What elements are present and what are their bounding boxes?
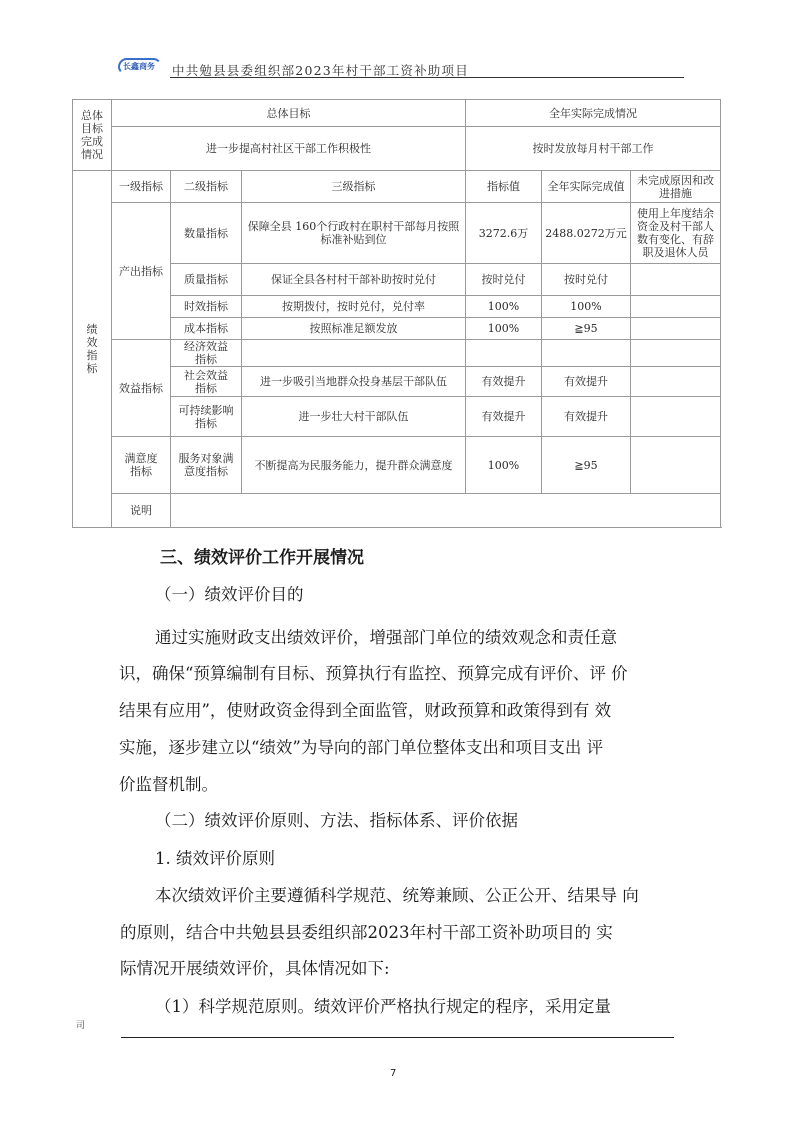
level1-benefit: 效益指标	[112, 340, 171, 437]
overall-goal-header: 总体目标	[112, 100, 466, 127]
paragraph-line: 结果有应用”，使财政资金得到全面监管，财政预算和政策得到有 效	[119, 697, 679, 721]
page-header: 长鑫商务 中共勉县县委组织部2023年村干部工资补助项目	[118, 56, 684, 80]
actual-cell: 有效提升	[542, 397, 631, 437]
notes-value	[171, 494, 721, 528]
col-header-level2: 二级指标	[171, 171, 242, 203]
paragraph-line: 识，确保“预算编制有目标、预算执行有监控、预算完成有评价、评 价	[119, 660, 679, 684]
paragraph-line: 本次绩效评价主要遵循科学规范、统筹兼顾、公正公开、结果导 向	[155, 882, 715, 906]
logo-text: 长鑫商务	[123, 61, 155, 72]
paragraph-line: 通过实施财政支出绩效评价，增强部门单位的绩效观念和责任意	[155, 624, 715, 648]
target-cell: 100%	[466, 318, 542, 340]
indicators-row-label: 绩效指标	[73, 171, 112, 528]
target-cell: 按时兑付	[466, 264, 542, 296]
overall-row-label: 总体目标完成情况	[73, 100, 112, 171]
side-note: 司	[76, 1018, 85, 1031]
level3-cell: 按照标准足额发放	[242, 318, 466, 340]
actual-cell: 有效提升	[542, 367, 631, 397]
page-number: 7	[390, 1068, 396, 1079]
table-row: 社会效益指标 进一步吸引当地群众投身基层干部队伍 有效提升 有效提升	[73, 367, 721, 397]
table-row: 效益指标 经济效益指标	[73, 340, 721, 367]
reason-cell	[631, 296, 721, 318]
actual-cell	[542, 340, 631, 367]
notes-label: 说明	[112, 494, 171, 528]
target-cell: 100%	[466, 296, 542, 318]
subsection-heading-1: （一）绩效评价目的	[155, 581, 715, 605]
target-cell: 100%	[466, 437, 542, 494]
target-cell: 3272.6万	[466, 203, 542, 264]
level3-cell: 进一步吸引当地群众投身基层干部队伍	[242, 367, 466, 397]
performance-table: 总体目标完成情况 总体目标 全年实际完成情况 进一步提高村社区干部工作积极性 按…	[72, 99, 721, 528]
actual-cell: ≧95	[542, 318, 631, 340]
level2-cell: 社会效益指标	[171, 367, 242, 397]
table-row: 产出指标 数量指标 保障全县 160个行政村在职村干部每月按照标准补贴到位 32…	[73, 203, 721, 264]
notes-row: 说明	[73, 494, 721, 528]
level2-cell: 经济效益指标	[171, 340, 242, 367]
reason-cell	[631, 397, 721, 437]
actual-cell: 100%	[542, 296, 631, 318]
table-row: 时效指标 按期拨付，按时兑付，兑付率 100% 100%	[73, 296, 721, 318]
paragraph-line: （1）科学规范原则。绩效评价严格执行规定的程序，采用定量	[155, 993, 715, 1017]
target-cell	[466, 340, 542, 367]
level3-cell: 进一步壮大村干部队伍	[242, 397, 466, 437]
paragraph-line: 际情况开展绩效评价，具体情况如下:	[120, 955, 680, 979]
level2-cell: 服务对象满意度指标	[171, 437, 242, 494]
overall-value-row: 进一步提高村社区干部工作积极性 按时发放每月村干部工作	[73, 127, 721, 171]
col-header-actual: 全年实际完成值	[542, 171, 631, 203]
paragraph-line: 的原则，结合中共勉县县委组织部2023年村干部工资补助项目的 实	[120, 919, 680, 943]
level1-output: 产出指标	[112, 203, 171, 340]
paragraph-line: 实施，逐步建立以“绩效”为导向的部门单位整体支出和项目支出 评	[119, 734, 679, 758]
subsection-heading-2: （二）绩效评价原则、方法、指标体系、评价依据	[155, 807, 715, 831]
col-header-level1: 一级指标	[112, 171, 171, 203]
level3-cell: 保证全县各村村干部补助按时兑付	[242, 264, 466, 296]
reason-cell: 使用上年度结余资金及村干部人数有变化、有辞职及退休人员	[631, 203, 721, 264]
overall-actual-value: 按时发放每月村干部工作	[466, 127, 721, 171]
level1-satisfaction: 满意度指标	[112, 437, 171, 494]
level2-cell: 数量指标	[171, 203, 242, 264]
level2-cell: 时效指标	[171, 296, 242, 318]
header-divider	[170, 77, 684, 78]
table-row: 成本指标 按照标准足额发放 100% ≧95	[73, 318, 721, 340]
subsection-heading-2-1: 1. 绩效评价原则	[155, 845, 715, 869]
level2-cell: 质量指标	[171, 264, 242, 296]
overall-actual-header: 全年实际完成情况	[466, 100, 721, 127]
actual-cell: 按时兑付	[542, 264, 631, 296]
level3-cell: 保障全县 160个行政村在职村干部每月按照标准补贴到位	[242, 203, 466, 264]
reason-cell	[631, 437, 721, 494]
reason-cell	[631, 264, 721, 296]
reason-cell	[631, 340, 721, 367]
level2-cell: 可持续影响指标	[171, 397, 242, 437]
table-row: 可持续影响指标 进一步壮大村干部队伍 有效提升 有效提升	[73, 397, 721, 437]
col-header-level3: 三级指标	[242, 171, 466, 203]
section-heading: 三、绩效评价工作开展情况	[160, 543, 720, 568]
table-row: 质量指标 保证全县各村村干部补助按时兑付 按时兑付 按时兑付	[73, 264, 721, 296]
level3-cell	[242, 340, 466, 367]
company-logo: 长鑫商务	[118, 58, 162, 74]
indicator-header-row: 绩效指标 一级指标 二级指标 三级指标 指标值 全年实际完成值 未完成原因和改进…	[73, 171, 721, 203]
footer-divider	[121, 1037, 674, 1038]
level2-cell: 成本指标	[171, 318, 242, 340]
col-header-target: 指标值	[466, 171, 542, 203]
paragraph-line: 价监督机制。	[119, 771, 679, 795]
actual-cell: 2488.0272万元	[542, 203, 631, 264]
reason-cell	[631, 318, 721, 340]
level3-cell: 不断提高为民服务能力，提升群众满意度	[242, 437, 466, 494]
reason-cell	[631, 367, 721, 397]
actual-cell: ≧95	[542, 437, 631, 494]
target-cell: 有效提升	[466, 397, 542, 437]
col-header-reason: 未完成原因和改进措施	[631, 171, 721, 203]
overall-header-row: 总体目标完成情况 总体目标 全年实际完成情况	[73, 100, 721, 127]
table-row: 满意度指标 服务对象满意度指标 不断提高为民服务能力，提升群众满意度 100% …	[73, 437, 721, 494]
target-cell: 有效提升	[466, 367, 542, 397]
level3-cell: 按期拨付，按时兑付，兑付率	[242, 296, 466, 318]
overall-goal-value: 进一步提高村社区干部工作积极性	[112, 127, 466, 171]
